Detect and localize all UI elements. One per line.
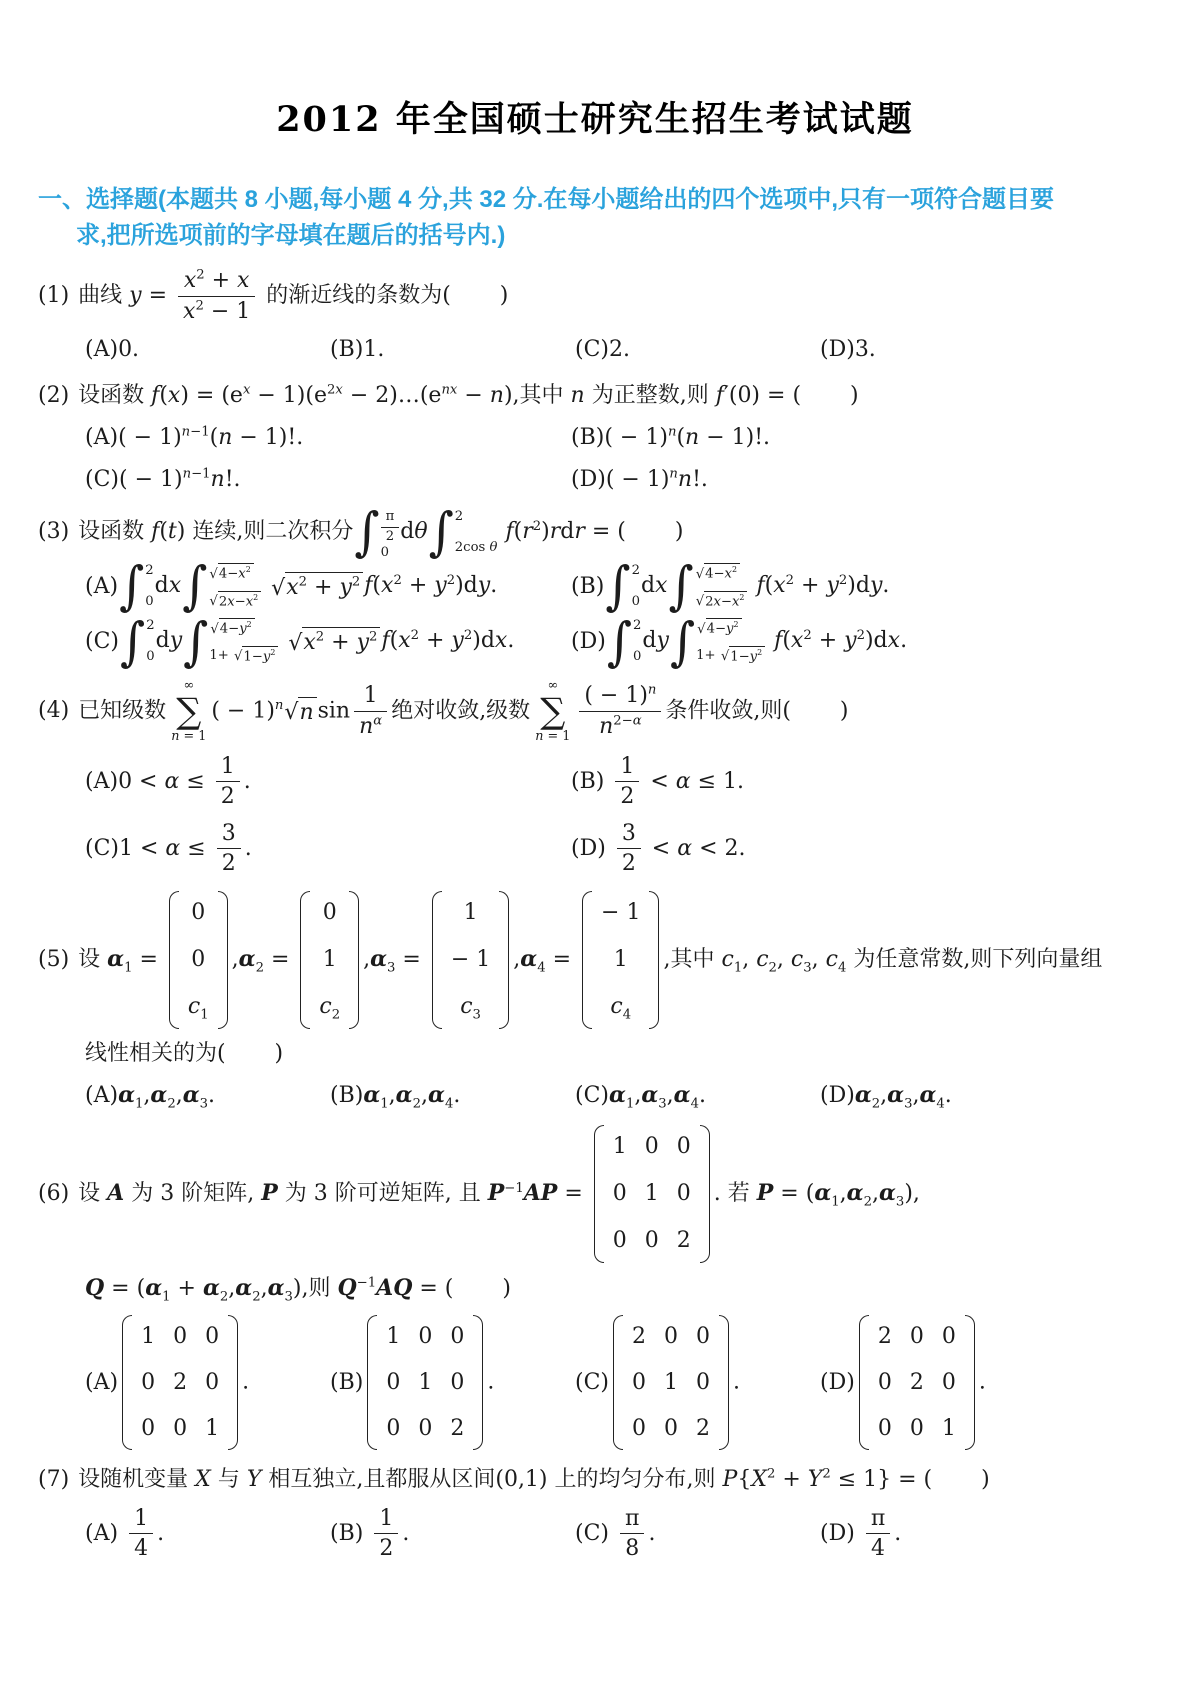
option-label: (D)	[571, 463, 606, 496]
option-A: (A)0 < α ≤ 12.	[85, 753, 571, 811]
question-1-options: (A)0. (B)1. (C)2. (D)3.	[38, 333, 1152, 366]
question-7-options: (A) 14. (B) 12. (C) π8. (D) π4.	[38, 1505, 1152, 1563]
exam-page: 2012 年全国硕士研究生招生考试试题 一、选择题(本题共 8 小题,每小题 4…	[0, 0, 1190, 1563]
question-text: 已知级数∞∑n = 1( − 1)n√nsin1nα绝对收敛,级数∞∑n = 1…	[78, 678, 1152, 745]
question-3: (3) 设函数 f(t) 连续,则二次积分∫π20dθ∫22cos θ f(r2…	[38, 509, 1152, 665]
question-7: (7) 设随机变量 X 与 Y 相互独立,且都服从区间(0,1) 上的均匀分布,…	[38, 1463, 1152, 1563]
option-label: (A)	[85, 421, 118, 454]
question-6-stem: (6) 设 A 为 3 阶矩阵, P 为 3 阶可逆矩阵, 且 P−1AP = …	[38, 1125, 1152, 1263]
question-4-stem: (4) 已知级数∞∑n = 1( − 1)n√nsin1nα绝对收敛,级数∞∑n…	[38, 678, 1152, 745]
option-label: (D)	[820, 1517, 855, 1550]
option-label: (D)	[820, 1079, 855, 1112]
option-content: ( − 1)n(n − 1)!.	[604, 421, 770, 454]
option-B: (B) 12 < α ≤ 1.	[571, 753, 1152, 811]
question-2: (2) 设函数 f(x) = (ex − 1)(e2x − 2)…(enx − …	[38, 379, 1152, 496]
option-A: (A)α1,α2,α3.	[85, 1079, 330, 1112]
question-text: 设函数 f(t) 连续,则二次积分∫π20dθ∫22cos θ f(r2)rdr…	[78, 509, 1152, 555]
section-heading-line1: 一、选择题(本题共 8 小题,每小题 4 分,共 32 分.在每小题给出的四个选…	[38, 182, 1152, 218]
option-C: (C)1 < α ≤ 32.	[85, 820, 571, 878]
option-content: ∫20dy∫√4−y21+ √1−y2 f(x2 + y2)dx.	[606, 618, 907, 664]
question-3-stem: (3) 设函数 f(t) 连续,则二次积分∫π20dθ∫22cos θ f(r2…	[38, 509, 1152, 555]
option-label: (D)	[571, 832, 606, 865]
option-content: 200010002.	[609, 1315, 740, 1450]
option-label: (A)	[85, 1366, 118, 1399]
section-heading: 一、选择题(本题共 8 小题,每小题 4 分,共 32 分.在每小题给出的四个选…	[38, 182, 1152, 254]
option-content: 2.	[609, 333, 630, 366]
option-content: 12 < α ≤ 1.	[604, 753, 744, 811]
option-label: (B)	[571, 570, 604, 603]
option-B: (B)∫20dx∫√4−x2√2x−x2 f(x2 + y2)dy.	[571, 563, 1152, 609]
option-C: (C) π8.	[575, 1505, 820, 1563]
page-title: 2012 年全国硕士研究生招生考试试题	[38, 92, 1152, 142]
option-C: (C)α1,α3,α4.	[575, 1079, 820, 1112]
option-content: 12.	[363, 1505, 409, 1563]
option-D: (D)( − 1)nn!.	[571, 463, 1152, 496]
option-A: (A)0.	[85, 333, 330, 366]
option-content: 100010002.	[363, 1315, 494, 1450]
question-4-options: (A)0 < α ≤ 12. (B) 12 < α ≤ 1. (C)1 < α …	[38, 753, 1152, 878]
option-content: 1 < α ≤ 32.	[119, 820, 252, 878]
option-label: (B)	[571, 765, 604, 798]
option-label: (A)	[85, 1517, 118, 1550]
option-content: 1.	[363, 333, 384, 366]
option-label: (B)	[330, 1079, 363, 1112]
option-content: α1,α3,α4.	[609, 1079, 706, 1112]
question-number: (7)	[38, 1463, 69, 1497]
option-content: π8.	[609, 1505, 655, 1563]
option-B: (B)( − 1)n(n − 1)!.	[571, 421, 1152, 454]
option-label: (B)	[330, 1366, 363, 1399]
option-label: (C)	[575, 1366, 609, 1399]
option-label: (D)	[571, 625, 606, 658]
question-number: (2)	[38, 379, 69, 413]
option-label: (C)	[575, 1517, 609, 1550]
option-content: ( − 1)n−1(n − 1)!.	[118, 421, 303, 454]
option-B: (B) 12.	[330, 1505, 575, 1563]
question-5-stem-continuation: 线性相关的为( )	[38, 1037, 1152, 1071]
question-5-stem: (5) 设 α1 = 00c1,α2 = 01c2,α3 = 1− 1c3,α4…	[38, 891, 1152, 1029]
question-number: (1)	[38, 279, 69, 313]
question-2-stem: (2) 设函数 f(x) = (ex − 1)(e2x − 2)…(enx − …	[38, 379, 1152, 413]
option-content: 14.	[118, 1505, 164, 1563]
option-D: (D)200020001.	[820, 1315, 1152, 1450]
section-heading-line2: 求,把所选项前的字母填在题后的括号内.)	[38, 218, 1152, 254]
option-content: ( − 1)nn!.	[606, 463, 708, 496]
option-D: (D)α2,α3,α4.	[820, 1079, 1152, 1112]
option-label: (A)	[85, 570, 118, 603]
option-B: (B)1.	[330, 333, 575, 366]
option-A: (A)100020001.	[85, 1315, 330, 1450]
option-content: 32 < α < 2.	[606, 820, 746, 878]
question-2-options: (A)( − 1)n−1(n − 1)!. (B)( − 1)n(n − 1)!…	[38, 421, 1152, 496]
question-6: (6) 设 A 为 3 阶矩阵, P 为 3 阶可逆矩阵, 且 P−1AP = …	[38, 1125, 1152, 1449]
option-content: ∫20dx∫√4−x2√2x−x2 f(x2 + y2)dy.	[604, 563, 889, 609]
question-text: 设 α1 = 00c1,α2 = 01c2,α3 = 1− 1c3,α4 = −…	[78, 891, 1152, 1029]
question-4: (4) 已知级数∞∑n = 1( − 1)n√nsin1nα绝对收敛,级数∞∑n…	[38, 678, 1152, 878]
option-label: (C)	[575, 333, 609, 366]
option-A: (A) 14.	[85, 1505, 330, 1563]
option-label: (A)	[85, 765, 118, 798]
option-content: π4.	[855, 1505, 901, 1563]
question-text: 设随机变量 X 与 Y 相互独立,且都服从区间(0,1) 上的均匀分布,则 P{…	[78, 1463, 1152, 1497]
question-text: 设 A 为 3 阶矩阵, P 为 3 阶可逆矩阵, 且 P−1AP = 1000…	[78, 1125, 1152, 1263]
option-D: (D)∫20dy∫√4−y21+ √1−y2 f(x2 + y2)dx.	[571, 618, 1152, 664]
question-1-stem: (1) 曲线 y = x2 + xx2 − 1 的渐近线的条数为( )	[38, 267, 1152, 325]
option-label: (C)	[575, 1079, 609, 1112]
option-label: (D)	[820, 1366, 855, 1399]
option-D: (D) π4.	[820, 1505, 1152, 1563]
question-number: (6)	[38, 1177, 69, 1211]
option-label: (A)	[85, 333, 118, 366]
option-label: (A)	[85, 1079, 118, 1112]
question-number: (3)	[38, 515, 69, 549]
option-content: 0.	[118, 333, 139, 366]
option-label: (C)	[85, 625, 119, 658]
question-1: (1) 曲线 y = x2 + xx2 − 1 的渐近线的条数为( ) (A)0…	[38, 267, 1152, 366]
option-content: α2,α3,α4.	[855, 1079, 952, 1112]
option-content: 0 < α ≤ 12.	[118, 753, 251, 811]
option-A: (A)( − 1)n−1(n − 1)!.	[85, 421, 571, 454]
option-content: ∫20dy∫√4−y21+ √1−y2 √x2 + y2f(x2 + y2)dx…	[119, 618, 514, 664]
option-content: ( − 1)n−1n!.	[119, 463, 241, 496]
option-C: (C)200010002.	[575, 1315, 820, 1450]
option-label: (C)	[85, 463, 119, 496]
option-label: (D)	[820, 333, 855, 366]
option-label: (C)	[85, 832, 119, 865]
question-5-options: (A)α1,α2,α3. (B)α1,α2,α4. (C)α1,α3,α4. (…	[38, 1079, 1152, 1112]
option-A: (A)∫20dx∫√4−x2√2x−x2 √x2 + y2f(x2 + y2)d…	[85, 563, 571, 609]
option-label: (B)	[571, 421, 604, 454]
question-3-options: (A)∫20dx∫√4−x2√2x−x2 √x2 + y2f(x2 + y2)d…	[38, 563, 1152, 664]
question-6-stem-continuation: Q = (α1 + α2,α2,α3),则 Q−1AQ = ( )	[38, 1271, 1152, 1306]
question-number: (4)	[38, 694, 69, 728]
option-D: (D)3.	[820, 333, 1152, 366]
option-D: (D) 32 < α < 2.	[571, 820, 1152, 878]
option-B: (B)100010002.	[330, 1315, 575, 1450]
question-number: (5)	[38, 943, 69, 977]
option-B: (B)α1,α2,α4.	[330, 1079, 575, 1112]
question-text: 曲线 y = x2 + xx2 − 1 的渐近线的条数为( )	[78, 267, 1152, 325]
question-6-options: (A)100020001. (B)100010002. (C)200010002…	[38, 1315, 1152, 1450]
question-text: 设函数 f(x) = (ex − 1)(e2x − 2)…(enx − n),其…	[78, 379, 1152, 413]
option-content: 3.	[855, 333, 876, 366]
option-label: (B)	[330, 333, 363, 366]
option-label: (B)	[330, 1517, 363, 1550]
option-content: α1,α2,α3.	[118, 1079, 215, 1112]
option-content: 200020001.	[855, 1315, 986, 1450]
option-C: (C)( − 1)n−1n!.	[85, 463, 571, 496]
option-C: (C)∫20dy∫√4−y21+ √1−y2 √x2 + y2f(x2 + y2…	[85, 618, 571, 664]
question-7-stem: (7) 设随机变量 X 与 Y 相互独立,且都服从区间(0,1) 上的均匀分布,…	[38, 1463, 1152, 1497]
option-C: (C)2.	[575, 333, 820, 366]
option-content: α1,α2,α4.	[363, 1079, 460, 1112]
question-5: (5) 设 α1 = 00c1,α2 = 01c2,α3 = 1− 1c3,α4…	[38, 891, 1152, 1112]
option-content: 100020001.	[118, 1315, 249, 1450]
option-content: ∫20dx∫√4−x2√2x−x2 √x2 + y2f(x2 + y2)dy.	[118, 563, 497, 609]
